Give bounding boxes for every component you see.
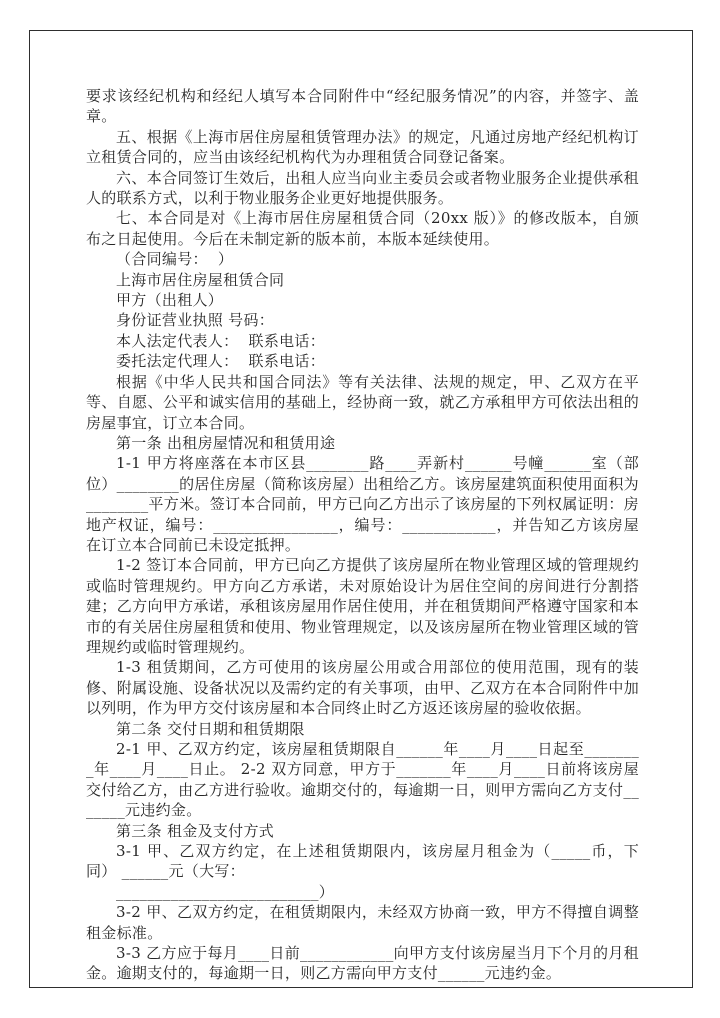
paragraph: 2-1 甲、乙双方约定，该房屋租赁期限自______年____月____日起至_… — [86, 739, 639, 821]
paragraph: 3-2 甲、乙双方约定，在租赁期限内，未经双方协商一致，甲方不得擅自调整租金标准… — [86, 902, 639, 943]
paragraph: 1-2 签订本合同前，甲方已向乙方提供了该房屋所在物业管理区域的管理规约或临时管… — [86, 555, 639, 657]
paragraph: __________________________） — [86, 882, 639, 902]
paragraph: 第三条 租金及支付方式 — [86, 821, 639, 841]
paragraph: 要求该经纪机构和经纪人填写本合同附件中“经纪服务情况”的内容，并签字、盖章。 — [86, 86, 639, 127]
paragraph: 本人法定代表人： 联系电话： — [86, 331, 639, 351]
contract-page: 要求该经纪机构和经纪人填写本合同附件中“经纪服务情况”的内容，并签字、盖章。五、… — [0, 0, 720, 1018]
paragraph: 1-3 租赁期间，乙方可使用的该房屋公用或合用部位的使用范围，现有的装修、附属设… — [86, 657, 639, 718]
contract-text: 要求该经纪机构和经纪人填写本合同附件中“经纪服务情况”的内容，并签字、盖章。五、… — [86, 86, 639, 984]
paragraph: 第一条 出租房屋情况和租赁用途 — [86, 433, 639, 453]
paragraph: 3-1 甲、乙双方约定，在上述租赁期限内，该房屋月租金为（_____币，下同） … — [86, 841, 639, 882]
paragraph: 上海市居住房屋租赁合同 — [86, 270, 639, 290]
paragraph: 3-3 乙方应于每月____日前____________向甲方支付该房屋当月下个… — [86, 943, 639, 984]
paragraph: 身份证营业执照 号码： — [86, 310, 639, 330]
page-border: 要求该经纪机构和经纪人填写本合同附件中“经纪服务情况”的内容，并签字、盖章。五、… — [29, 30, 693, 988]
paragraph: 甲方（出租人） — [86, 290, 639, 310]
paragraph: 五、根据《上海市居住房屋租赁管理办法》的规定，凡通过房地产经纪机构订立租赁合同的… — [86, 127, 639, 168]
paragraph: 根据《中华人民共和国合同法》等有关法律、法规的规定，甲、乙双方在平等、自愿、公平… — [86, 372, 639, 433]
paragraph: （合同编号： ） — [86, 249, 639, 269]
paragraph: 六、本合同签订生效后，出租人应当向业主委员会或者物业服务企业提供承租人的联系方式… — [86, 168, 639, 209]
paragraph: 七、本合同是对《上海市居住房屋租赁合同（20xx 版）》的修改版本，自颁布之日起… — [86, 208, 639, 249]
paragraph: 第二条 交付日期和租赁期限 — [86, 719, 639, 739]
paragraph: 1-1 甲方将座落在本市区县________路____弄新村______号幢__… — [86, 453, 639, 555]
paragraph: 委托法定代理人： 联系电话： — [86, 351, 639, 371]
